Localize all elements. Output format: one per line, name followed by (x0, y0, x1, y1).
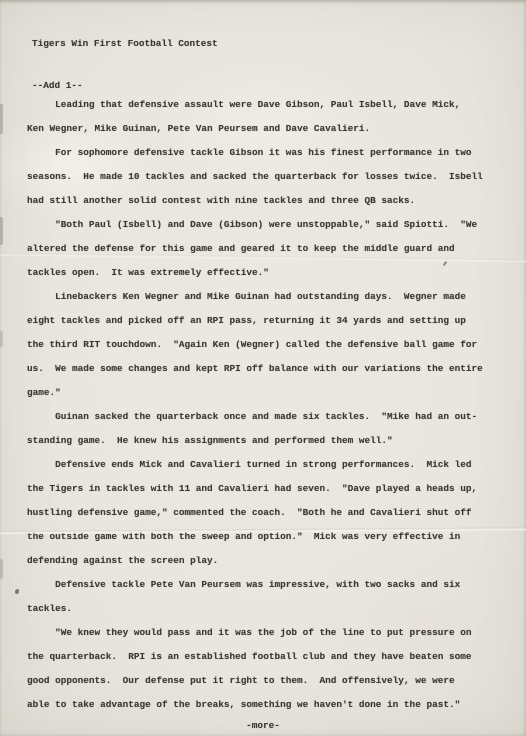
scan-edge-smudge (0, 104, 3, 134)
typed-line: the third RIT touchdown. "Again Ken (Weg… (27, 333, 483, 357)
typed-line: seasons. He made 10 tackles and sacked t… (27, 165, 483, 189)
typed-line: defending against the screen play. (27, 549, 483, 573)
typed-line: For sophomore defensive tackle Gibson it… (27, 141, 483, 165)
typed-line: "Both Paul (Isbell) and Dave (Gibson) we… (27, 213, 483, 237)
scan-edge-smudge (0, 331, 3, 347)
typed-line: altered the defense for this game and ge… (27, 237, 483, 261)
typed-line: Guinan sacked the quarterback once and m… (27, 405, 483, 429)
typed-line: the Tigers in tackles with 11 and Cavali… (27, 477, 483, 501)
typed-line: tackles open. It was extremely effective… (27, 261, 483, 285)
typed-line: standing game. He knew his assignments a… (27, 429, 483, 453)
typed-line: the outside game with both the sweep and… (27, 525, 483, 549)
typed-line: the quarterback. RPI is an established f… (27, 645, 483, 669)
typed-line: us. We made some changes and kept RPI of… (27, 357, 483, 381)
typed-line: tackles. (27, 597, 483, 621)
typed-line: eight tackles and picked off an RPI pass… (27, 309, 483, 333)
typed-line: Defensive tackle Pete Van Peursem was im… (27, 573, 483, 597)
typed-line: Linebackers Ken Wegner and Mike Guinan h… (27, 285, 483, 309)
typewritten-press-release-page: Tigers Win First Football Contest --Add … (0, 0, 526, 736)
scan-edge-smudge (0, 559, 3, 579)
more-marker: -more- (0, 714, 526, 736)
typed-line: "We knew they would pass and it was the … (27, 621, 483, 645)
body-text: Leading that defensive assault were Dave… (27, 93, 483, 717)
typed-line: hustling defensive game," commented the … (27, 501, 483, 525)
typed-line: game." (27, 381, 483, 405)
typed-line: Leading that defensive assault were Dave… (27, 93, 483, 117)
headline: Tigers Win First Football Contest (32, 37, 218, 51)
ink-speck (15, 589, 19, 594)
typed-line: had still another solid contest with nin… (27, 189, 483, 213)
typed-line: Defensive ends Mick and Cavalieri turned… (27, 453, 483, 477)
typed-line: Ken Wegner, Mike Guinan, Pete Van Peurse… (27, 117, 483, 141)
scan-edge-smudge (0, 217, 3, 245)
add-slug: --Add 1-- (32, 79, 218, 93)
typed-line: good opponents. Our defense put it right… (27, 669, 483, 693)
